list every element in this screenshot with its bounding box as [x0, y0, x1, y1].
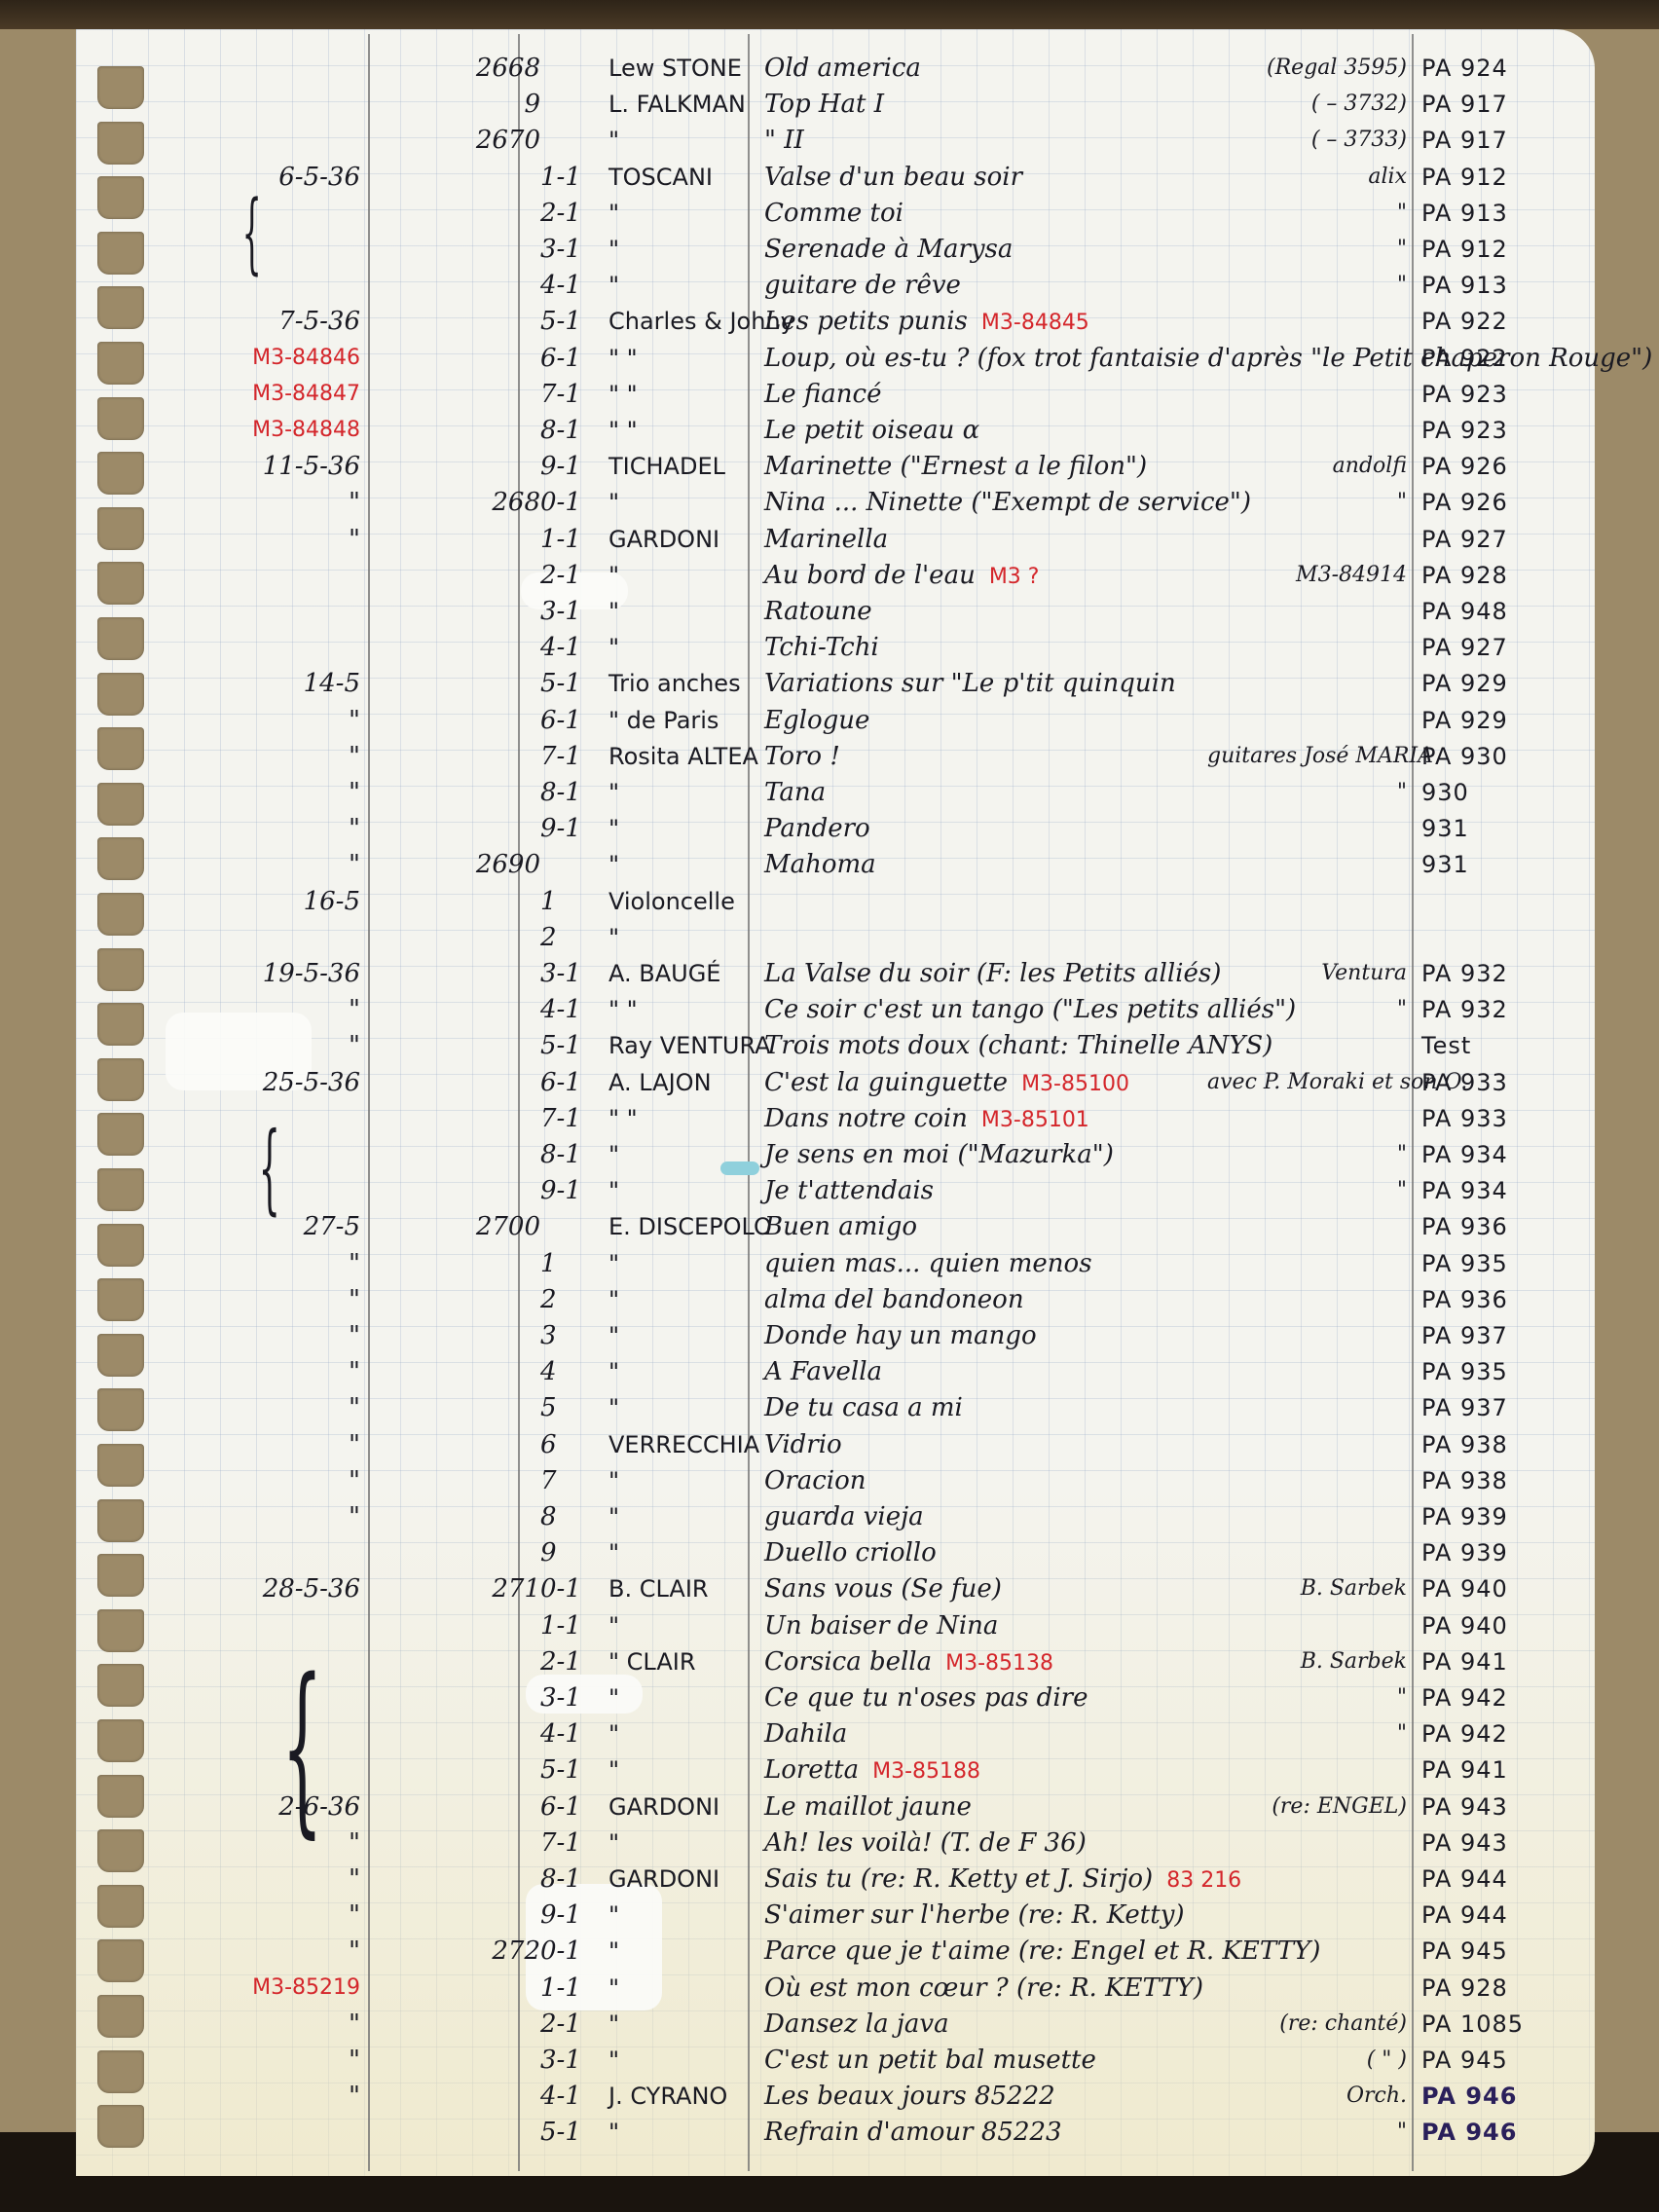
- entry-title: Les petits punisM3-84845: [764, 304, 1368, 341]
- entry-red-catalog-number: M3-85138: [945, 1651, 1053, 1676]
- entry-take: 8-1: [540, 775, 618, 810]
- entry-date: ": [146, 992, 360, 1027]
- entry-reference: PA 948: [1421, 594, 1597, 629]
- entry-note: (re: chanté): [1207, 2007, 1407, 2042]
- entry-reference: PA 917: [1421, 87, 1597, 122]
- entry-note: M3-84914: [1207, 558, 1407, 593]
- entry-title-text: Marinella: [764, 525, 888, 554]
- entry-title: Ah! les voilà! (T. de F 36): [764, 1825, 1368, 1861]
- entry-date: ": [146, 1934, 360, 1969]
- entry-title: Marinella: [764, 522, 1368, 557]
- ledger-row: 25-5-366-1A. LAJONC'est la guinguetteM3-…: [0, 1065, 1659, 1100]
- entry-reference: PA 943: [1421, 1789, 1597, 1825]
- entry-note: B. Sarbek: [1207, 1644, 1407, 1679]
- entry-take: 5: [540, 1390, 618, 1425]
- entry-take: 4-1: [540, 2079, 618, 2114]
- entry-reference: PA 924: [1421, 51, 1597, 86]
- entry-take: 9-1: [540, 449, 618, 484]
- entry-title: Le fiancé: [764, 377, 1368, 412]
- entry-note: ": [1207, 232, 1407, 267]
- ledger-row: "9-1"Pandero931: [0, 811, 1659, 846]
- ledger-row: 11-5-369-1TICHADELMarinette ("Ernest a l…: [0, 449, 1659, 484]
- entry-reference: PA 937: [1421, 1318, 1597, 1353]
- entry-title: Sais tu (re: R. Ketty et J. Sirjo)83 216: [764, 1862, 1368, 1899]
- ledger-row: M3-848488-1" "Le petit oiseau αPA 923: [0, 413, 1659, 448]
- entry-title-text: De tu casa a mi: [764, 1393, 963, 1422]
- entry-take: 1: [540, 1246, 618, 1281]
- entry-take: 8-1: [540, 1862, 618, 1897]
- entry-matrix: 2668: [370, 51, 540, 86]
- entry-take: 7-1: [540, 1101, 618, 1136]
- entry-note: ": [1207, 992, 1407, 1027]
- entry-take: 3-1: [540, 956, 618, 991]
- entry-reference: PA 942: [1421, 1680, 1597, 1715]
- entry-note: ( – 3733): [1207, 123, 1407, 158]
- entry-reference: PA 939: [1421, 1535, 1597, 1570]
- entry-title-text: Donde hay un mango: [764, 1321, 1037, 1350]
- entry-date: ": [146, 1282, 360, 1317]
- entry-reference: PA 928: [1421, 558, 1597, 593]
- entry-reference: 931: [1421, 811, 1597, 846]
- ledger-row: 2668Lew STONEOld america(Regal 3595)PA 9…: [0, 51, 1659, 86]
- entry-reference: PA 913: [1421, 196, 1597, 231]
- entry-take: 1-1: [540, 1971, 618, 2006]
- entry-note: ": [1207, 268, 1407, 303]
- ledger-row: "1"quien mas... quien menosPA 935: [0, 1246, 1659, 1281]
- entry-reference: PA 927: [1421, 522, 1597, 557]
- entry-title: Buen amigo: [764, 1209, 1368, 1244]
- entry-title-text: Top Hat I: [764, 90, 884, 119]
- entry-matrix: 271: [370, 1571, 540, 1606]
- entry-date: 7-5-36: [146, 304, 360, 339]
- entry-title-text: La Valse du soir (F: les Petits alliés): [764, 959, 1221, 988]
- entry-title-text: Oracion: [764, 1466, 866, 1495]
- entry-date: ": [146, 522, 360, 557]
- entry-reference: PA 928: [1421, 1971, 1597, 2006]
- entry-reference: PA 912: [1421, 232, 1597, 267]
- entry-date: ": [146, 1354, 360, 1389]
- entry-title-text: Toro !: [764, 742, 840, 771]
- entry-title-text: Les petits punis: [764, 307, 968, 336]
- entry-title-text: Pandero: [764, 814, 870, 843]
- ledger-row: 9"Duello criolloPA 939: [0, 1535, 1659, 1570]
- entry-title-text: Le fiancé: [764, 380, 881, 409]
- entry-take: 8-1: [540, 413, 618, 448]
- entry-title-text: Nina ... Ninette ("Exempt de service"): [764, 488, 1251, 517]
- entry-title: Le petit oiseau α: [764, 413, 1368, 448]
- entry-take: 1: [540, 884, 618, 919]
- ledger-row: "2680-1"Nina ... Ninette ("Exempt de ser…: [0, 485, 1659, 520]
- entry-take: 2-1: [540, 196, 618, 231]
- entry-title: Oracion: [764, 1463, 1368, 1498]
- entry-take: 6-1: [540, 703, 618, 738]
- ledger-row: "4-1" "Ce soir c'est un tango ("Les peti…: [0, 992, 1659, 1027]
- entry-reference: PA 944: [1421, 1898, 1597, 1933]
- entry-title-text: Marinette ("Ernest a le filon"): [764, 452, 1147, 481]
- entry-take: 3-1: [540, 1680, 618, 1715]
- entry-reference: PA 929: [1421, 666, 1597, 701]
- entry-title: Pandero: [764, 811, 1368, 846]
- entry-take: 5-1: [540, 2115, 618, 2150]
- entry-take: 3-1: [540, 594, 618, 629]
- entry-take: 8: [540, 1499, 618, 1534]
- entry-reference: PA 945: [1421, 1934, 1597, 1969]
- entry-take: 6-1: [540, 1065, 618, 1100]
- entry-take: 6: [540, 1427, 618, 1462]
- entry-title-text: Tana: [764, 778, 826, 807]
- entry-date: ": [146, 485, 360, 520]
- ledger-row: "5-1Ray VENTURATrois mots doux (chant: T…: [0, 1028, 1659, 1063]
- entry-title: A Favella: [764, 1354, 1368, 1389]
- entry-title-text: C'est la guinguette: [764, 1068, 1008, 1097]
- entry-take: 3-1: [540, 2043, 618, 2078]
- entry-date: ": [146, 1463, 360, 1498]
- entry-title-text: Ratoune: [764, 597, 872, 626]
- entry-date: 27-5: [146, 1209, 360, 1244]
- ledger-row: "7"OracionPA 938: [0, 1463, 1659, 1498]
- entry-take: 9-1: [540, 1898, 618, 1933]
- entry-date: M3-84846: [146, 341, 360, 376]
- entry-title-text: alma del bandoneon: [764, 1285, 1024, 1314]
- entry-take: 9-1: [540, 1173, 618, 1208]
- entry-title-text: Valse d'un beau soir: [764, 163, 1022, 192]
- ledger-row: "8-1GARDONISais tu (re: R. Ketty et J. S…: [0, 1862, 1659, 1897]
- entry-title-text: Parce que je t'aime (re: Engel et R. KET…: [764, 1936, 1320, 1966]
- entry-title-text: Au bord de l'eau: [764, 561, 976, 590]
- entry-date: ": [146, 739, 360, 774]
- entry-title-text: Comme toi: [764, 199, 903, 228]
- entry-title: guarda vieja: [764, 1499, 1368, 1534]
- entry-date: 2-6-36: [146, 1789, 360, 1825]
- ledger-row: 1-1"Un baiser de NinaPA 940: [0, 1608, 1659, 1643]
- entry-note: guitares José MARIA: [1207, 739, 1407, 774]
- entry-note: ": [1207, 485, 1407, 520]
- entry-title: alma del bandoneon: [764, 1282, 1368, 1317]
- entry-take: 8-1: [540, 1137, 618, 1172]
- entry-take: 7: [540, 1463, 618, 1498]
- entry-reference: PA 929: [1421, 703, 1597, 738]
- entry-take: 2-1: [540, 558, 618, 593]
- entry-reference: PA 942: [1421, 1716, 1597, 1751]
- ledger-row: M3-848466-1" "Loup, où es-tu ? (fox trot…: [0, 341, 1659, 376]
- entry-title: De tu casa a mi: [764, 1390, 1368, 1425]
- entry-reference: PA 930: [1421, 739, 1597, 774]
- entry-title: Parce que je t'aime (re: Engel et R. KET…: [764, 1934, 1368, 1969]
- entry-reference: PA 936: [1421, 1209, 1597, 1244]
- ledger-row: 3-1"Serenade à Marysa"PA 912: [0, 232, 1659, 267]
- entry-note: ": [1207, 775, 1407, 810]
- ledger-row: "2720-1"Parce que je t'aime (re: Engel e…: [0, 1934, 1659, 1969]
- entry-title-text: S'aimer sur l'herbe (re: R. Ketty): [764, 1900, 1185, 1930]
- ledger-row: "3-1"C'est un petit bal musette( " )PA 9…: [0, 2043, 1659, 2078]
- entry-date: ": [146, 847, 360, 882]
- entry-reference: PA 927: [1421, 630, 1597, 665]
- entry-reference: PA 912: [1421, 160, 1597, 195]
- entry-reference: PA 922: [1421, 341, 1597, 376]
- entry-reference: PA 932: [1421, 956, 1597, 991]
- entry-date: 14-5: [146, 666, 360, 701]
- ledger-row: "1-1GARDONIMarinellaPA 927: [0, 522, 1659, 557]
- entry-reference: PA 946: [1421, 2079, 1597, 2114]
- entry-title-text: Où est mon cœur ? (re: R. KETTY): [764, 1973, 1203, 2003]
- ledger-row: M3-848477-1" "Le fiancéPA 923: [0, 377, 1659, 412]
- entry-title-text: Un baiser de Nina: [764, 1611, 998, 1641]
- entry-note: ": [1207, 1716, 1407, 1751]
- ledger-row: "4-1J. CYRANOLes beaux jours 85222Orch.P…: [0, 2079, 1659, 2114]
- entry-date: ": [146, 775, 360, 810]
- entry-title-text: Eglogue: [764, 706, 869, 735]
- ledger-row: 3-1"Ce que tu n'oses pas dire"PA 942: [0, 1680, 1659, 1715]
- entry-reference: PA 941: [1421, 1752, 1597, 1788]
- entry-take: 2: [540, 920, 618, 955]
- entry-take: 3-1: [540, 232, 618, 267]
- entry-reference: PA 934: [1421, 1137, 1597, 1172]
- ledger-row: "9-1"S'aimer sur l'herbe (re: R. Ketty)P…: [0, 1898, 1659, 1933]
- entry-take: 7-1: [540, 377, 618, 412]
- entry-title-text: Refrain d'amour 85223: [764, 2118, 1062, 2147]
- ledger-row: "2"alma del bandoneonPA 936: [0, 1282, 1659, 1317]
- entry-title-text: Mahoma: [764, 850, 876, 879]
- ledger-row: "5"De tu casa a miPA 937: [0, 1390, 1659, 1425]
- entry-date: ": [146, 1028, 360, 1063]
- entry-take: 1-1: [540, 160, 618, 195]
- ledger-row: "7-1Rosita ALTEAToro !guitares José MARI…: [0, 739, 1659, 774]
- entry-title: Vidrio: [764, 1427, 1368, 1462]
- entry-title-text: Dansez la java: [764, 2009, 949, 2039]
- entry-reference: Test: [1421, 1028, 1597, 1063]
- entry-date: ": [146, 1246, 360, 1281]
- entry-title-text: Le maillot jaune: [764, 1792, 972, 1822]
- entry-title-text: Tchi-Tchi: [764, 633, 879, 662]
- entry-reference: PA 943: [1421, 1825, 1597, 1861]
- entry-reference: PA 935: [1421, 1354, 1597, 1389]
- entry-take: 1-1: [540, 522, 618, 557]
- entry-red-catalog-number: M3-85101: [981, 1108, 1089, 1132]
- entry-title-text: Les beaux jours 85222: [764, 2082, 1055, 2111]
- entry-matrix: 2690: [370, 847, 540, 882]
- entry-take: 4-1: [540, 1716, 618, 1751]
- ledger-row: "6VERRECCHIAVidrioPA 938: [0, 1427, 1659, 1462]
- entry-reference: PA 923: [1421, 377, 1597, 412]
- entry-note: Orch.: [1207, 2079, 1407, 2114]
- entry-take: 0-1: [540, 1934, 618, 1969]
- entry-take: 5-1: [540, 666, 618, 701]
- entry-date: ": [146, 1898, 360, 1933]
- entry-title-text: " II: [764, 126, 804, 155]
- entry-take: 7-1: [540, 739, 618, 774]
- ledger-row: 3-1"RatounePA 948: [0, 594, 1659, 629]
- entry-note: ( – 3732): [1207, 87, 1407, 122]
- entry-red-catalog-number: M3-85188: [872, 1759, 980, 1784]
- ledger-row: 4-1"guitare de rêve"PA 913: [0, 268, 1659, 303]
- entry-note: Ventura: [1207, 956, 1407, 991]
- entry-date: ": [146, 703, 360, 738]
- entry-reference: PA 939: [1421, 1499, 1597, 1534]
- ledger-row: 2-1"Comme toi"PA 913: [0, 196, 1659, 231]
- ledger-row: M3-852191-1"Où est mon cœur ? (re: R. KE…: [0, 1971, 1659, 2006]
- entry-reference: PA 946: [1421, 2115, 1597, 2150]
- entry-reference: PA 917: [1421, 123, 1597, 158]
- ledger-row: 7-5-365-1Charles & JohnyLes petits punis…: [0, 304, 1659, 339]
- ledger-row: 7-1" "Dans notre coinM3-85101PA 933: [0, 1101, 1659, 1136]
- entry-date: 11-5-36: [146, 449, 360, 484]
- entry-title-text: Old america: [764, 54, 921, 83]
- entry-reference: PA 941: [1421, 1644, 1597, 1679]
- entry-take: 2-1: [540, 1644, 618, 1679]
- entry-title-text: Je t'attendais: [764, 1176, 934, 1205]
- entry-reference: PA 926: [1421, 485, 1597, 520]
- entry-reference: PA 938: [1421, 1427, 1597, 1462]
- entry-reference: PA 934: [1421, 1173, 1597, 1208]
- entry-title-text: Trois mots doux (chant: Thinelle ANYS): [764, 1031, 1272, 1060]
- ledger-row: 2-1" CLAIRCorsica bellaM3-85138B. Sarbek…: [0, 1644, 1659, 1679]
- ledger-row: 16-51Violoncelle: [0, 884, 1659, 919]
- entry-artist: ": [608, 920, 813, 955]
- entry-reference: PA 940: [1421, 1571, 1597, 1606]
- entry-take: 4-1: [540, 630, 618, 665]
- entry-date: ": [146, 1318, 360, 1353]
- entry-note: ": [1207, 1680, 1407, 1715]
- ledger-row: "8-1"Tana"930: [0, 775, 1659, 810]
- entry-take: 0-1: [540, 1571, 618, 1606]
- entry-title-text: A Favella: [764, 1357, 882, 1386]
- entry-artist: Violoncelle: [608, 884, 813, 919]
- entry-date: M3-84848: [146, 413, 360, 448]
- entry-title: Où est mon cœur ? (re: R. KETTY): [764, 1971, 1368, 2006]
- entry-reference: PA 933: [1421, 1065, 1597, 1100]
- ledger-row: 4-1"Tchi-TchiPA 927: [0, 630, 1659, 665]
- entry-take: 3: [540, 1318, 618, 1353]
- ledger-row: "2-1"Dansez la java(re: chanté)PA 1085: [0, 2007, 1659, 2042]
- ledger-row: 2670"" II( – 3733)PA 917: [0, 123, 1659, 158]
- entry-reference: PA 933: [1421, 1101, 1597, 1136]
- entry-reference: PA 937: [1421, 1390, 1597, 1425]
- entry-reference: 931: [1421, 847, 1597, 882]
- entry-date: 16-5: [146, 884, 360, 919]
- entry-note: avec P. Moraki et son O.: [1207, 1065, 1407, 1100]
- entry-date: ": [146, 2007, 360, 2042]
- entry-title-text: Le petit oiseau α: [764, 416, 979, 445]
- entry-date: 19-5-36: [146, 956, 360, 991]
- entry-title: Un baiser de Nina: [764, 1608, 1368, 1643]
- entry-take: 1-1: [540, 1608, 618, 1643]
- entry-title: Ratoune: [764, 594, 1368, 629]
- entry-title: quien mas... quien menos: [764, 1246, 1368, 1281]
- entry-matrix: 268: [370, 485, 540, 520]
- entry-note: ( " ): [1207, 2043, 1407, 2078]
- entry-take: 4: [540, 1354, 618, 1389]
- ledger-row: 4-1"Dahila"PA 942: [0, 1716, 1659, 1751]
- entry-note: B. Sarbek: [1207, 1571, 1407, 1606]
- entry-note: (Regal 3595): [1207, 51, 1407, 86]
- ledger-row: 2-6-366-1GARDONILe maillot jaune(re: ENG…: [0, 1789, 1659, 1825]
- entry-reference: PA 936: [1421, 1282, 1597, 1317]
- entry-date: ": [146, 2043, 360, 2078]
- entry-reference: PA 945: [1421, 2043, 1597, 2078]
- entry-title: Donde hay un mango: [764, 1318, 1368, 1353]
- entry-note: ": [1207, 2115, 1407, 2150]
- ledger-row: 9-1"Je t'attendais"PA 934: [0, 1173, 1659, 1208]
- entry-matrix: 2700: [370, 1209, 540, 1244]
- entry-reference: PA 935: [1421, 1246, 1597, 1281]
- entry-title-text: Dans notre coin: [764, 1104, 968, 1133]
- ledger-row: 2": [0, 920, 1659, 955]
- ledger-row: 9L. FALKMANTop Hat I( – 3732)PA 917: [0, 87, 1659, 122]
- ledger-row: 19-5-363-1A. BAUGÉLa Valse du soir (F: l…: [0, 956, 1659, 991]
- entry-title-text: Duello criollo: [764, 1538, 937, 1567]
- entry-take: 2: [540, 1282, 618, 1317]
- entry-red-catalog-number: 83 216: [1166, 1868, 1241, 1893]
- entry-title: S'aimer sur l'herbe (re: R. Ketty): [764, 1898, 1368, 1933]
- entry-title: Tchi-Tchi: [764, 630, 1368, 665]
- ledger-row: "2690"Mahoma931: [0, 847, 1659, 882]
- entry-title-text: Dahila: [764, 1719, 847, 1749]
- entry-date: ": [146, 1390, 360, 1425]
- entry-note: ": [1207, 1173, 1407, 1208]
- ledger-row: 8-1"Je sens en moi ("Mazurka")"PA 934: [0, 1137, 1659, 1172]
- ledger-row: "4"A FavellaPA 935: [0, 1354, 1659, 1389]
- entry-reference: PA 932: [1421, 992, 1597, 1027]
- entry-reference: 930: [1421, 775, 1597, 810]
- entry-note: andolfi: [1207, 449, 1407, 484]
- entry-note: (re: ENGEL): [1207, 1789, 1407, 1825]
- ledger-row: 28-5-362710-1B. CLAIRSans vous (Se fue)B…: [0, 1571, 1659, 1606]
- ledger-row: "3"Donde hay un mangoPA 937: [0, 1318, 1659, 1353]
- entry-title-text: Sais tu (re: R. Ketty et J. Sirjo): [764, 1864, 1153, 1894]
- ledger-row: 5-1"Refrain d'amour 85223"PA 946: [0, 2115, 1659, 2150]
- ledger-row: 2-1"Au bord de l'eauM3 ?M3-84914PA 928: [0, 558, 1659, 593]
- entry-note: ": [1207, 1137, 1407, 1172]
- entry-date: 25-5-36: [146, 1065, 360, 1100]
- entry-take: 4-1: [540, 992, 618, 1027]
- entry-matrix: 2670: [370, 123, 540, 158]
- entry-matrix: 9: [370, 87, 540, 122]
- entry-take: 5-1: [540, 1752, 618, 1788]
- entry-title-text: guitare de rêve: [764, 271, 961, 300]
- entry-title-text: Ce que tu n'oses pas dire: [764, 1683, 1088, 1713]
- entry-reference: PA 926: [1421, 449, 1597, 484]
- entry-title-text: guarda vieja: [764, 1502, 924, 1531]
- entry-title-text: Ah! les voilà! (T. de F 36): [764, 1828, 1087, 1858]
- entry-title-text: Buen amigo: [764, 1212, 917, 1241]
- entry-reference: PA 938: [1421, 1463, 1597, 1498]
- entry-title-text: Corsica bella: [764, 1647, 932, 1677]
- entry-take: 4-1: [540, 268, 618, 303]
- ledger-row: 6-5-361-1TOSCANIValse d'un beau soiralix…: [0, 160, 1659, 195]
- entry-date: M3-85219: [146, 1971, 360, 2006]
- entry-date: ": [146, 1427, 360, 1462]
- entry-title-text: Sans vous (Se fue): [764, 1574, 1002, 1604]
- ledger-row: 27-52700E. DISCEPOLOBuen amigoPA 936: [0, 1209, 1659, 1244]
- entry-date: 28-5-36: [146, 1571, 360, 1606]
- entry-matrix: 272: [370, 1934, 540, 1969]
- entry-title-text: quien mas... quien menos: [764, 1249, 1092, 1278]
- entry-red-catalog-number: M3-84845: [981, 311, 1089, 335]
- entry-title: Duello criollo: [764, 1535, 1368, 1570]
- entry-date: ": [146, 1499, 360, 1534]
- entry-date: 6-5-36: [146, 160, 360, 195]
- entry-title: Mahoma: [764, 847, 1368, 882]
- entry-reference: PA 940: [1421, 1608, 1597, 1643]
- ledger-row: "6-1" de ParisEgloguePA 929: [0, 703, 1659, 738]
- entry-take: 9: [540, 1535, 618, 1570]
- entry-title-text: Variations sur "Le p'tit quinquin: [764, 669, 1176, 698]
- entry-title: LorettaM3-85188: [764, 1752, 1368, 1789]
- entry-red-catalog-number: M3-85100: [1021, 1072, 1129, 1096]
- ledger-row: 14-55-1Trio anchesVariations sur "Le p't…: [0, 666, 1659, 701]
- entry-take: 6-1: [540, 341, 618, 376]
- entry-date: ": [146, 2079, 360, 2114]
